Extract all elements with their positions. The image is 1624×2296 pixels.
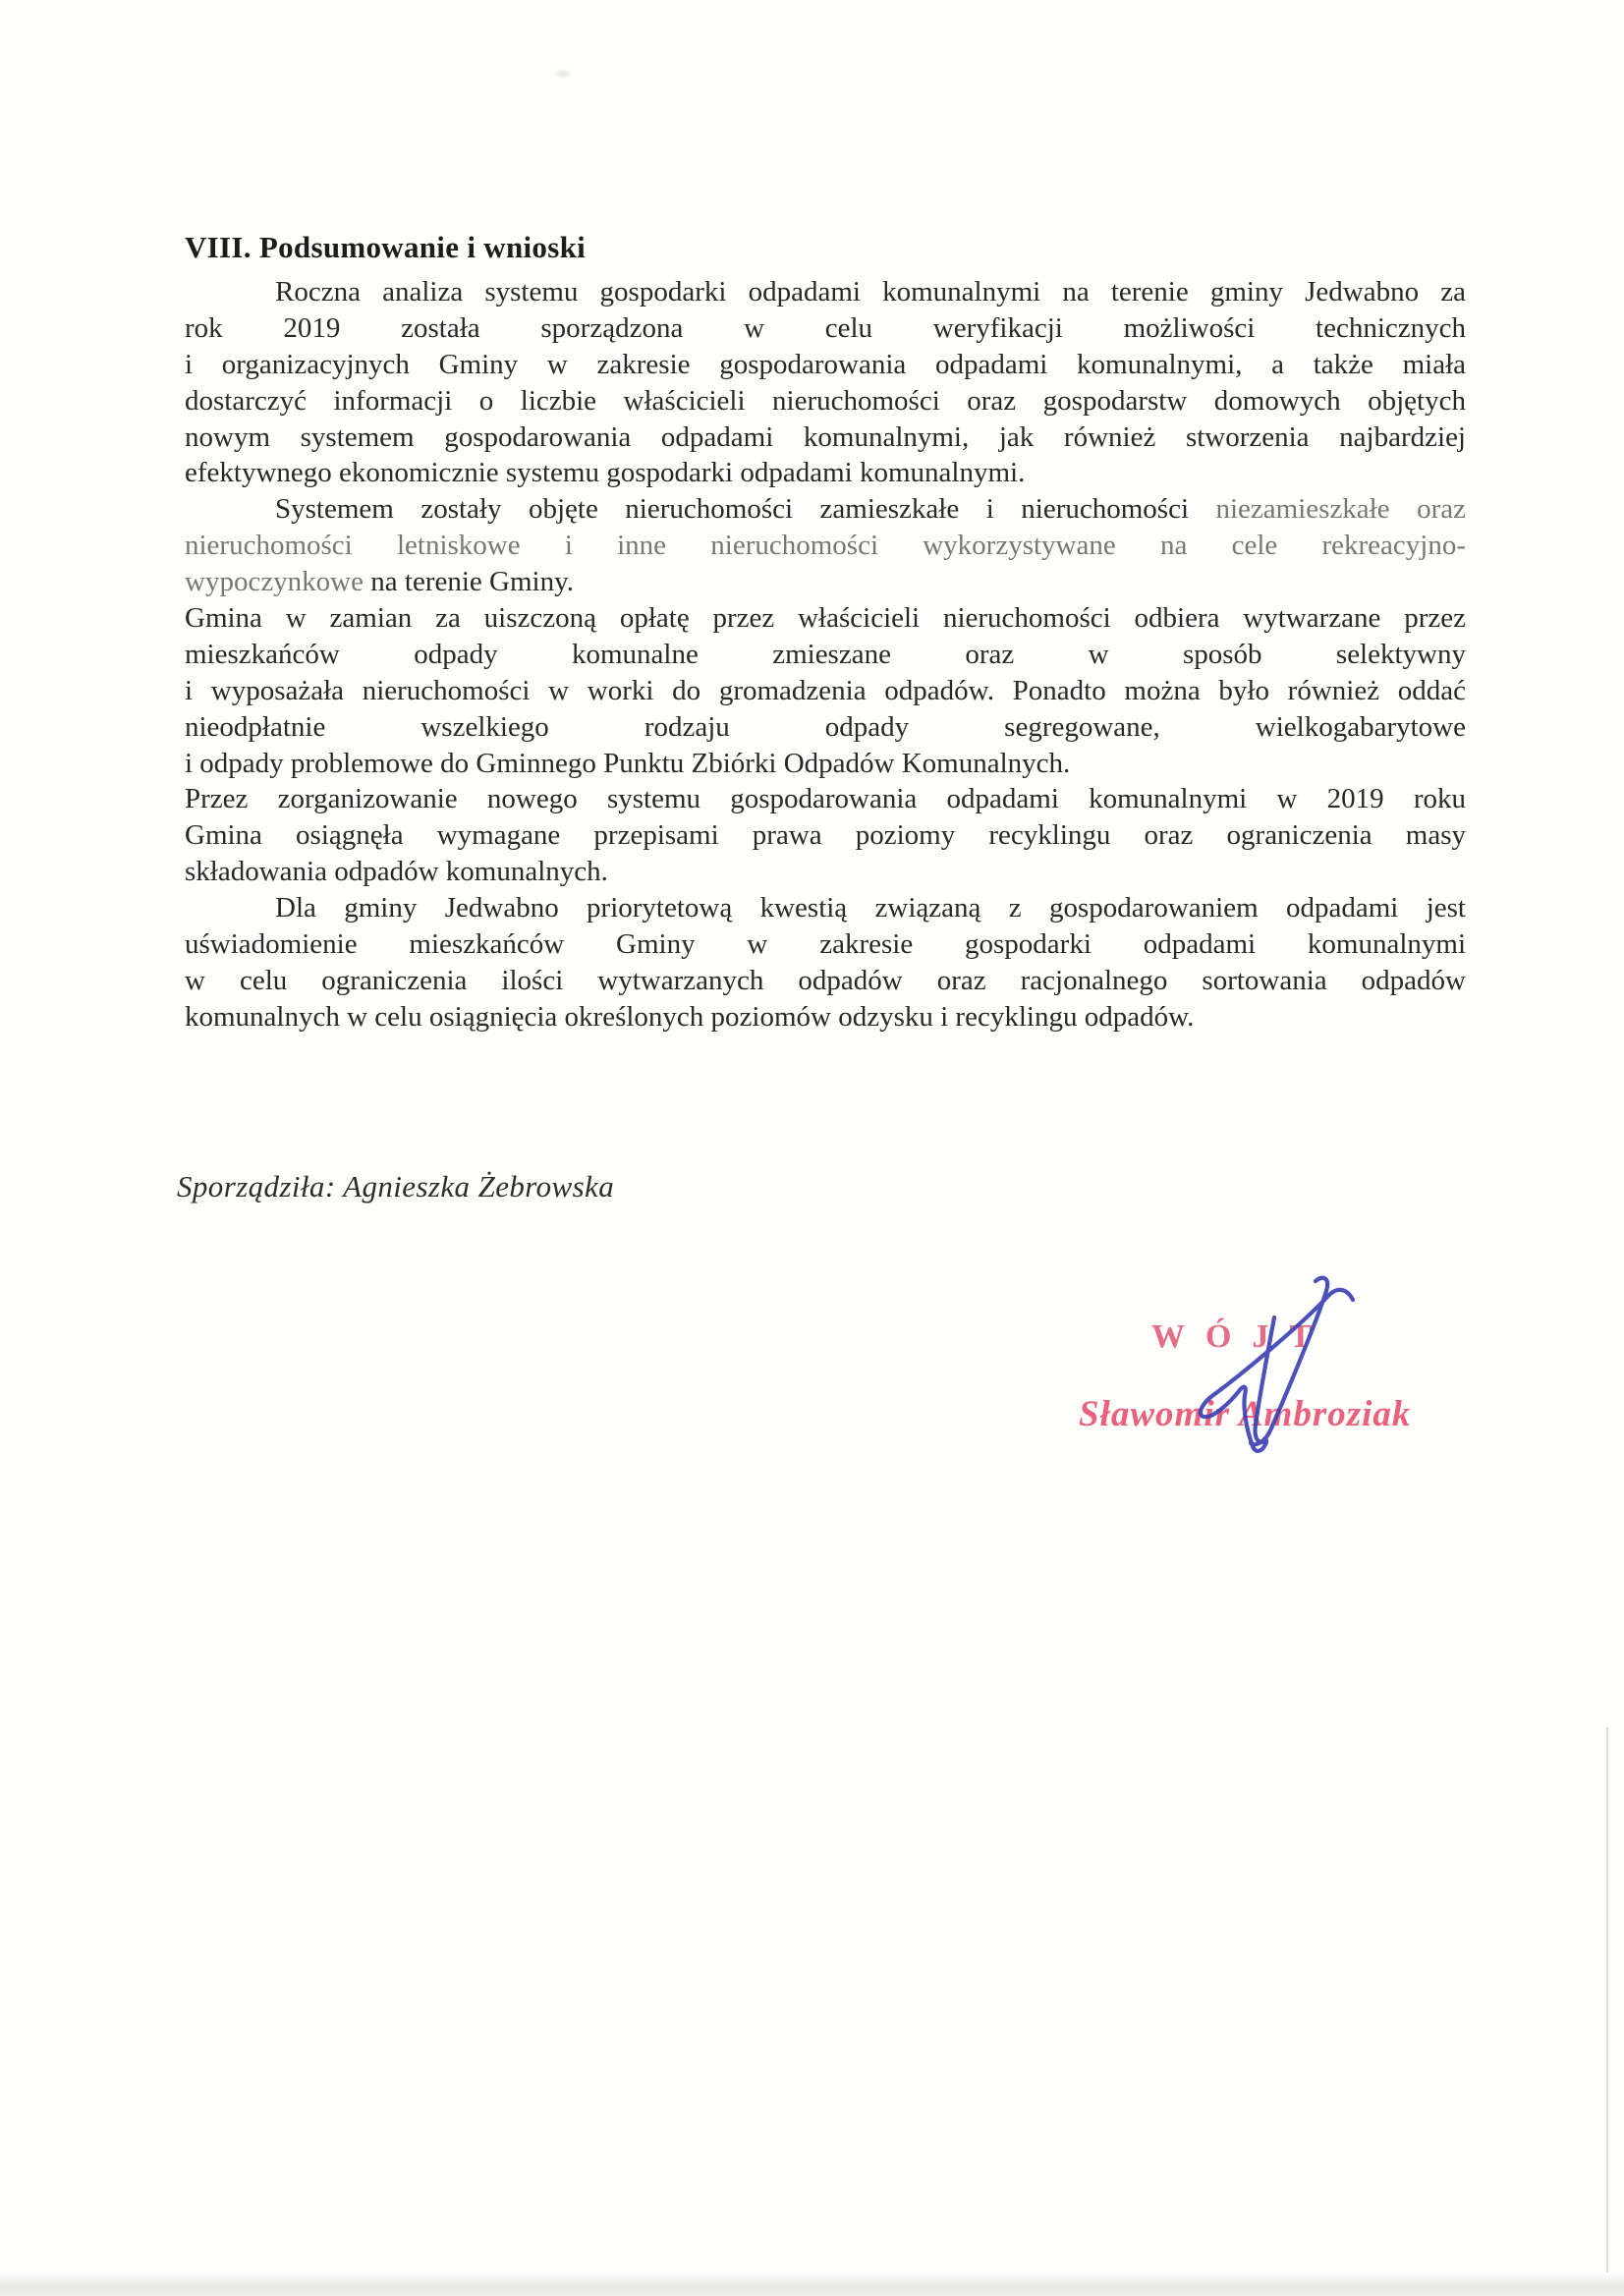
text-line: rok 2019 została sporządzona w celu wery… — [185, 310, 1466, 347]
scan-smudge-artifact — [553, 69, 573, 79]
text-line: nowym systemem gospodarowania odpadami k… — [185, 420, 1466, 456]
document-page: VIII. Podsumowanie i wnioski Roczna anal… — [0, 0, 1624, 2296]
text-line: i odpady problemowe do Gminnego Punktu Z… — [185, 746, 1466, 782]
prepared-by-line: Sporządziła: Agnieszka Żebrowska — [177, 1169, 614, 1204]
text-line: i wyposażała nieruchomości w worki do gr… — [185, 673, 1466, 709]
text-line: komunalnych w celu osiągnięcia określony… — [185, 999, 1466, 1036]
text-line: Systemem zostały objęte nieruchomości za… — [185, 491, 1466, 528]
section-title: VIII. Podsumowanie i wnioski — [185, 232, 1466, 274]
text-line: Roczna analiza systemu gospodarki odpada… — [185, 274, 1466, 310]
text-line: mieszkańców odpady komunalne zmieszane o… — [185, 637, 1466, 673]
text-line: dostarczyć informacji o liczbie właścici… — [185, 383, 1466, 420]
scanned-document: { "document": { "title": "VIII. Podsumow… — [0, 0, 1624, 2296]
text-line: w celu ograniczenia ilości wytwarzanych … — [185, 963, 1466, 999]
text-line: Przez zorganizowanie nowego systemu gosp… — [185, 781, 1466, 817]
text-line: wypoczynkowe na terenie Gminy. — [185, 564, 1466, 600]
text-line: składowania odpadów komunalnych. — [185, 854, 1466, 890]
signature-ink — [1184, 1265, 1380, 1472]
document-body: VIII. Podsumowanie i wnioski Roczna anal… — [185, 232, 1466, 1036]
text-line: i organizacyjnych Gminy w zakresie gospo… — [185, 347, 1466, 383]
text-line: uświadomienie mieszkańców Gminy w zakres… — [185, 926, 1466, 963]
text-line: Gmina w zamian za uiszczoną opłatę przez… — [185, 600, 1466, 637]
text-line: efektywnego ekonomicznie systemu gospoda… — [185, 455, 1466, 491]
text-line: nieodpłatnie wszelkiego rodzaju odpady s… — [185, 709, 1466, 746]
scan-bottom-shadow-artifact — [0, 2272, 1624, 2296]
scan-page-edge-artifact — [1606, 1727, 1608, 2296]
text-line: nieruchomości letniskowe i inne nierucho… — [185, 528, 1466, 564]
text-line: Dla gminy Jedwabno priorytetową kwestią … — [185, 890, 1466, 926]
text-line: Gmina osiągnęła wymagane przepisami praw… — [185, 817, 1466, 854]
